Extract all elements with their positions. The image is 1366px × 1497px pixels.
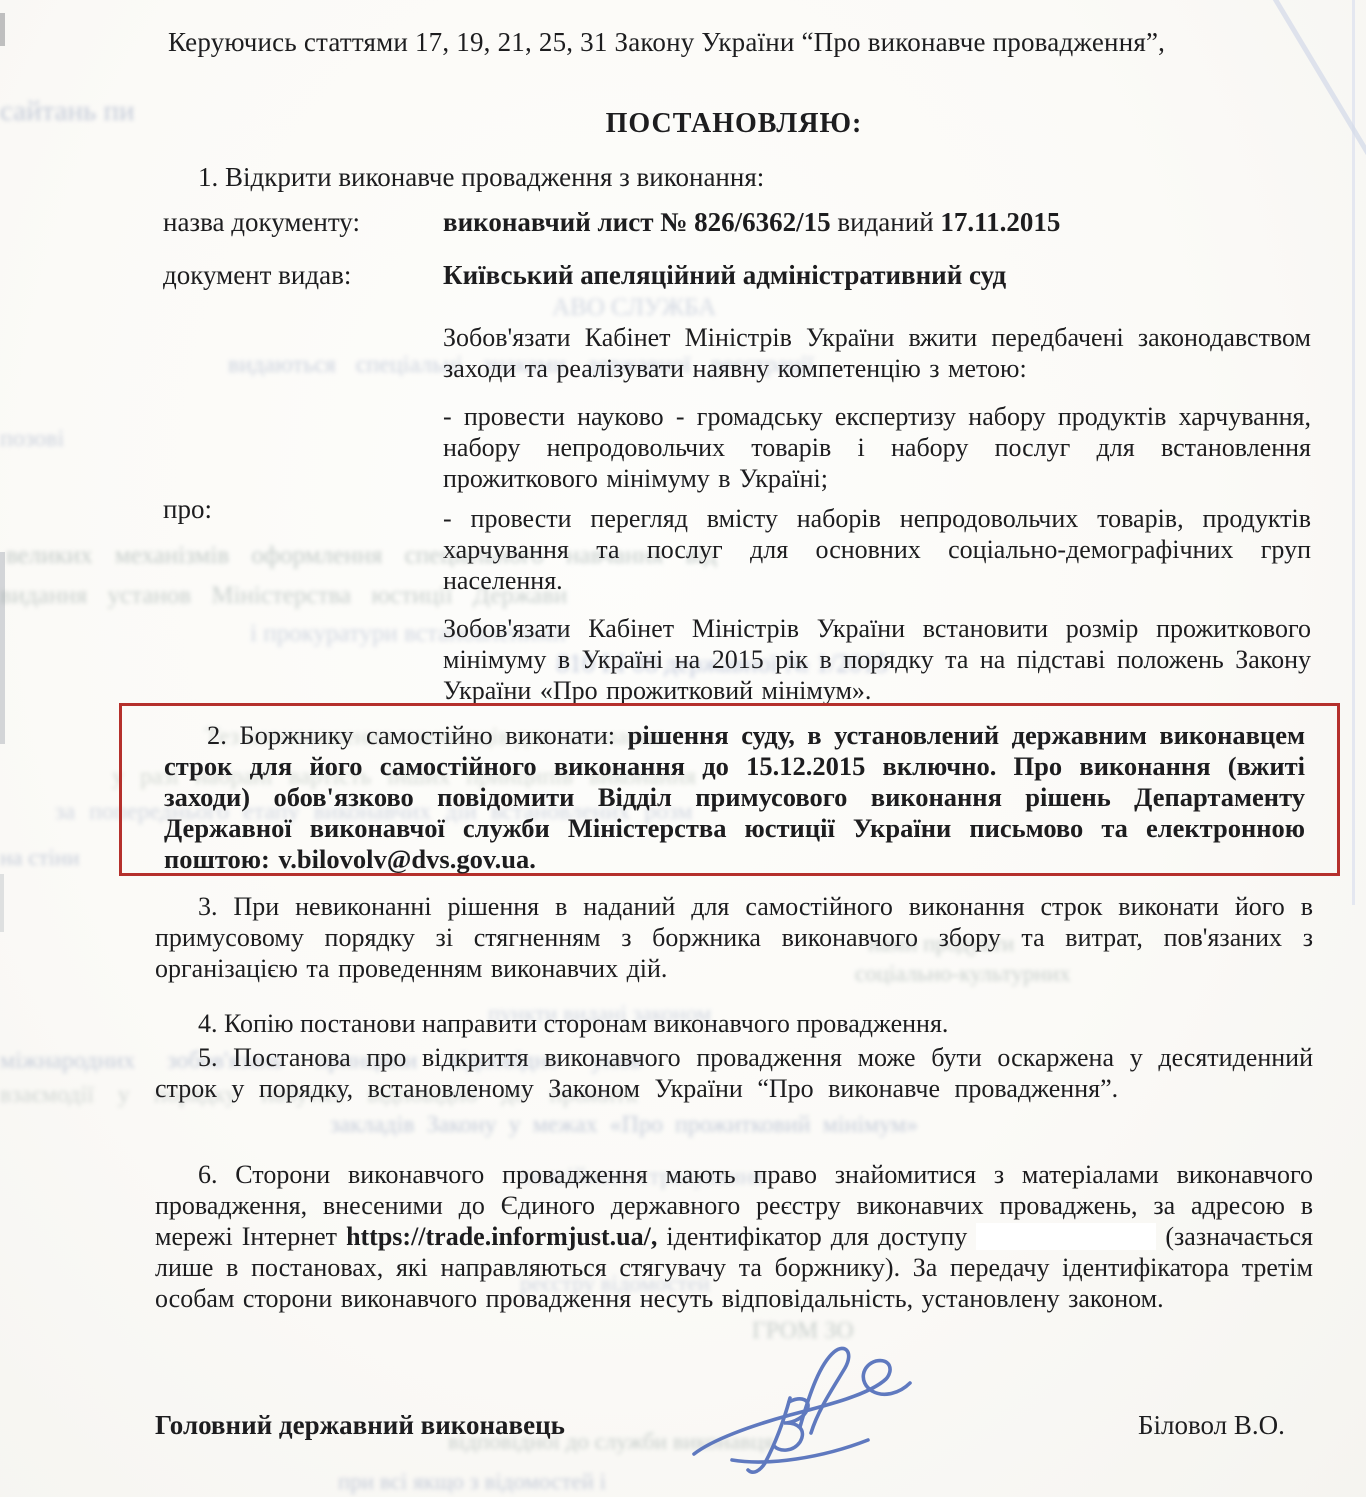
signer-name: Біловол В.О. [1138, 1410, 1285, 1441]
doc-issuer-label: документ видав: [163, 260, 351, 291]
bullet-review: - провести перегляд вмісту наборів непро… [443, 503, 1311, 596]
obligation-minimum-paragraph: Зобов'язати Кабінет Міністрів України вс… [443, 613, 1311, 706]
ghost-bleedthrough-text: сайтань пи [0, 96, 135, 127]
registry-url: https://trade.informjust.ua/, [346, 1222, 657, 1251]
scan-edge-smudge [0, 13, 5, 46]
signer-title: Головний державний виконавець [155, 1410, 565, 1441]
highlighted-clause-2-box: 2. Боржнику самостійно виконати: рішення… [119, 703, 1340, 876]
issue-date: 17.11.2015 [940, 207, 1060, 237]
doc-issuer-value: Київський апеляційний адміністративний с… [443, 260, 1006, 291]
ghost-bleedthrough-text: позові [0, 424, 64, 455]
writ-number: виконавчий лист № 826/6362/15 [443, 207, 831, 237]
obligation-measures-paragraph: Зобов'язати Кабінет Міністрів України вж… [443, 322, 1311, 384]
clause-4-copy: 4. Копію постанови направити сторонам ви… [155, 1008, 1313, 1039]
ghost-bleedthrough-text: закладів Закону у межах «Про прожитковий… [330, 1110, 918, 1141]
redacted-access-id [976, 1223, 1156, 1250]
bullet-expertise: - провести науково - громадську експерти… [443, 401, 1311, 494]
resolution-heading: ПОСТАНОВЛЯЮ: [155, 108, 1313, 139]
doc-name-label: назва документу: [163, 207, 360, 238]
ghost-bleedthrough-text: на стіни [0, 842, 80, 873]
scan-edge-smudge [0, 874, 4, 932]
issued-word: виданий [831, 207, 941, 237]
scanned-document-page: сайтань пи АВО СЛУЖБА видаються спеціаль… [0, 0, 1366, 1497]
handwritten-signature [672, 1332, 922, 1482]
doc-name-value: виконавчий лист № 826/6362/15 виданий 17… [443, 207, 1060, 238]
clause-1-open-proceeding: 1. Відкрити виконавче провадження з вико… [155, 162, 1313, 193]
clause-5-appeal: 5. Постанова про відкриття виконавчого п… [155, 1042, 1313, 1104]
about-label: про: [163, 494, 212, 525]
scan-edge-smudge [0, 552, 5, 744]
clause-2-intro: 2. Боржнику самостійно виконати: [207, 720, 628, 750]
clause-6-registry: 6. Сторони виконавчого провадження мають… [155, 1159, 1313, 1314]
ghost-bleedthrough-text: при всі якщо з відомостей і [338, 1466, 606, 1497]
ghost-bleedthrough-text: АВО СЛУЖБА [552, 292, 716, 323]
clause-6-mid: ідентифікатор для доступу [657, 1222, 976, 1251]
clause-3-enforcement: 3. При невиконанні рішення в наданий для… [155, 891, 1313, 984]
intro-legal-basis-line: Керуючись статтями 17, 19, 21, 25, 31 За… [168, 27, 1268, 58]
